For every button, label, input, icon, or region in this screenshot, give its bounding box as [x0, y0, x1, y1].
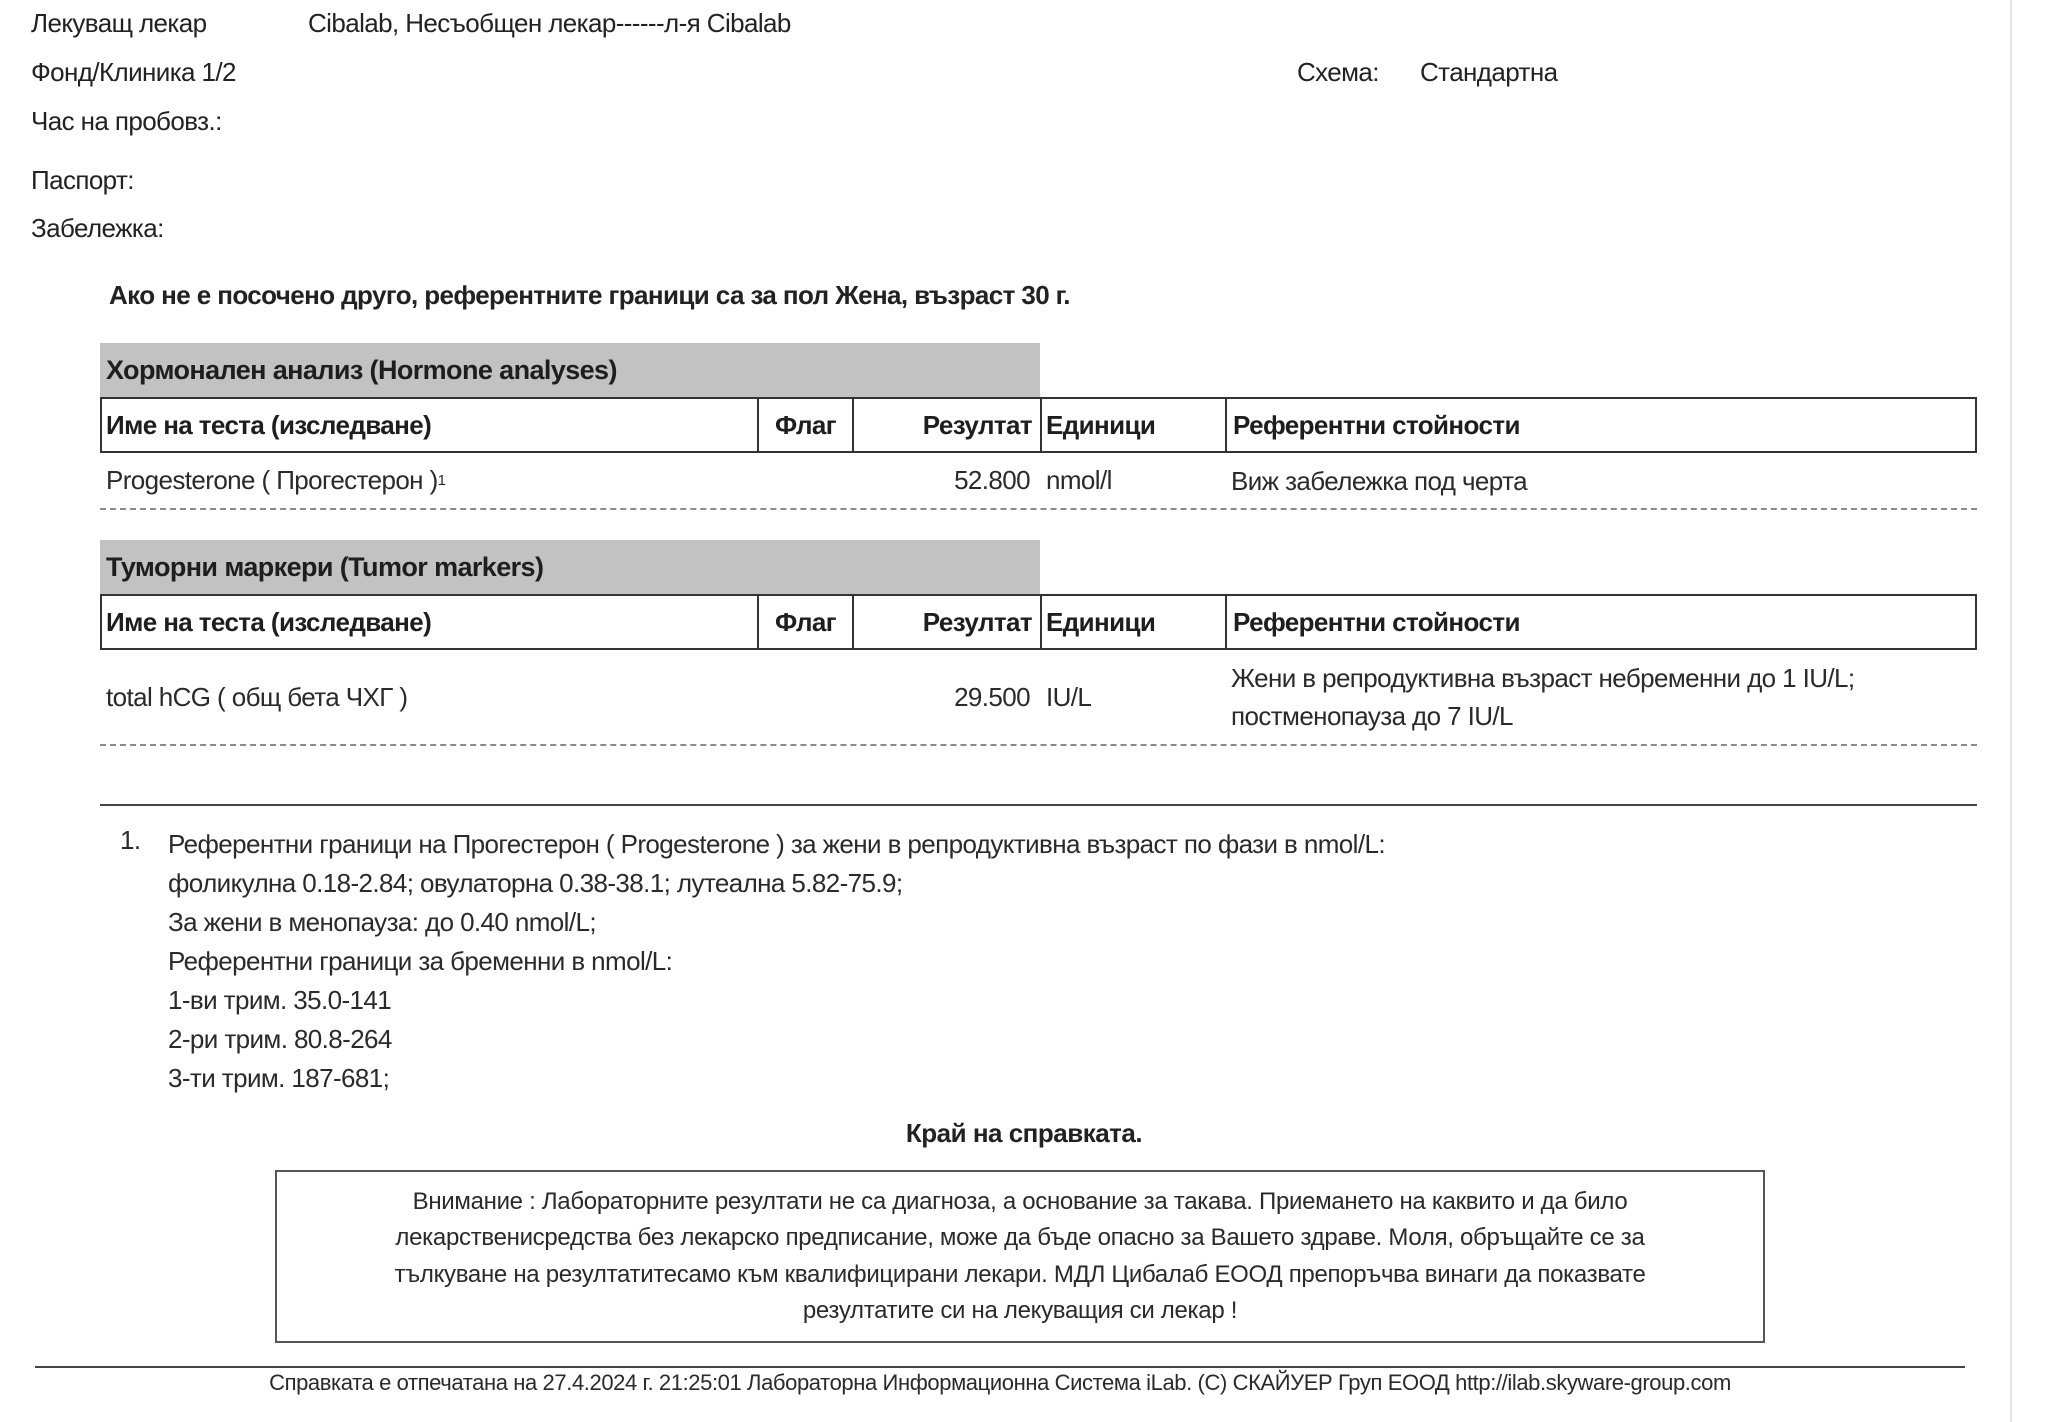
table-row: total hCG ( общ бета ЧХГ ) 29.500 IU/L Ж…	[100, 650, 1977, 746]
column-header-result: Резултат	[854, 399, 1042, 451]
column-header-name: Име на теста (изследване)	[102, 596, 759, 648]
test-units: nmol/l	[1040, 453, 1225, 508]
scheme-value: Стандартна	[1420, 57, 1557, 88]
column-header-reference: Референтни стойности	[1227, 596, 1975, 648]
warning-line: тълкуване на резултатитесамо към квалифи…	[394, 1257, 1645, 1294]
footnote-line: 2-ри трим. 80.8-264	[168, 1020, 1385, 1059]
test-reference: Жени в репродуктивна възраст небременни …	[1225, 650, 1977, 744]
test-name: total hCG ( общ бета ЧХГ )	[100, 650, 757, 744]
test-name-text: Progesterone ( Прогестерон )	[106, 465, 438, 496]
column-header-flag: Флаг	[759, 399, 854, 451]
warning-line: Внимание : Лабораторните резултати не са…	[413, 1184, 1628, 1221]
warning-box: Внимание : Лабораторните резултати не са…	[275, 1170, 1765, 1343]
footnote-divider	[100, 804, 1977, 806]
test-result: 52.800	[852, 453, 1040, 508]
warning-line: резултатите си на лекуващия си лекар !	[803, 1293, 1237, 1330]
test-flag	[757, 453, 852, 508]
footnote-line: Референтни граници на Прогестерон ( Prog…	[168, 825, 1385, 864]
footnote-line: Референтни граници за бременни в nmol/L:	[168, 942, 1385, 981]
reference-notice: Ако не е посочено друго, референтните гр…	[109, 280, 1070, 311]
reference-line: Жени в репродуктивна възраст небременни …	[1231, 659, 1855, 697]
passport-label: Паспорт:	[31, 165, 134, 196]
test-flag	[757, 650, 852, 744]
section-title-hormone: Хормонален анализ (Hormone analyses)	[100, 343, 1040, 397]
scheme-label: Схема:	[1297, 57, 1379, 88]
end-of-report-text: Край на справката.	[906, 1118, 1142, 1148]
column-header-units: Единици	[1042, 399, 1227, 451]
fund-clinic-label: Фонд/Клиника 1/2	[31, 57, 236, 88]
reference-line: постменопауза до 7 IU/L	[1231, 697, 1855, 735]
section-title-tumor: Туморни маркери (Tumor markers)	[100, 540, 1040, 594]
footnote-line: За жени в менопауза: до 0.40 nmol/L;	[168, 903, 1385, 942]
footnote-line: 3-ти трим. 187-681;	[168, 1059, 1385, 1098]
warning-line: лекарственисредства без лекарско предпис…	[395, 1220, 1644, 1257]
test-reference: Виж забележка под черта	[1225, 453, 1977, 508]
footer-print-info: Справката е отпечатана на 27.4.2024 г. 2…	[0, 1370, 2000, 1396]
note-label: Забележка:	[31, 213, 164, 244]
footnote-line: фоликулна 0.18-2.84; овулаторна 0.38-38.…	[168, 864, 1385, 903]
table-row: Progesterone ( Прогестерон )1 52.800 nmo…	[100, 453, 1977, 510]
column-header-flag: Флаг	[759, 596, 854, 648]
sample-time-label: Час на пробовз.:	[31, 106, 222, 137]
test-name: Progesterone ( Прогестерон )1	[100, 453, 757, 508]
table-header-hormone: Име на теста (изследване) Флаг Резултат …	[100, 397, 1977, 453]
table-header-tumor: Име на теста (изследване) Флаг Резултат …	[100, 594, 1977, 650]
column-header-units: Единици	[1042, 596, 1227, 648]
doctor-value: Cibalab, Несъобщен лекар------л-я Cibala…	[308, 8, 791, 39]
doctor-label: Лекуващ лекар	[31, 8, 206, 39]
footnote-number: 1.	[120, 825, 140, 856]
end-of-report-title: Край на справката.	[0, 1118, 2048, 1149]
column-header-result: Резултат	[854, 596, 1042, 648]
page-edge	[2010, 0, 2012, 1422]
test-units: IU/L	[1040, 650, 1225, 744]
column-header-name: Име на теста (изследване)	[102, 399, 759, 451]
footnote-line: 1-ви трим. 35.0-141	[168, 981, 1385, 1020]
footer-divider	[35, 1366, 1965, 1368]
column-header-reference: Референтни стойности	[1227, 399, 1975, 451]
test-result: 29.500	[852, 650, 1040, 744]
